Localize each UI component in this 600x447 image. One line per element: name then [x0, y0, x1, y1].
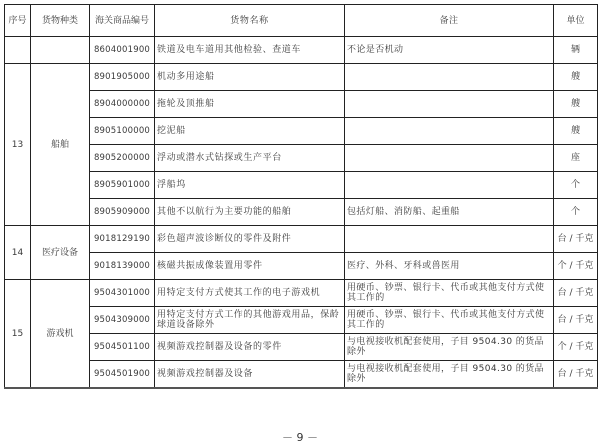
note-cell: [345, 226, 554, 253]
unit-cell: 艘: [554, 118, 598, 145]
name-cell: 彩色超声波诊断仪的零件及附件: [155, 226, 345, 253]
note-cell: 不论是否机动: [345, 37, 554, 64]
name-cell: 视频游戏控制器及设备的零件: [155, 334, 345, 361]
category-cell: [31, 37, 90, 64]
unit-cell: 台 / 千克: [554, 226, 598, 253]
table-row: 15 游戏机 9504301000 用特定支付方式使其工作的电子游戏机 用硬币、…: [5, 280, 598, 307]
code-cell: 9018129190: [90, 226, 155, 253]
name-cell: 核磁共振成像装置用零件: [155, 253, 345, 280]
header-name: 货物名称: [155, 5, 345, 37]
code-cell: 8905901000: [90, 172, 155, 199]
note-cell: [345, 172, 554, 199]
table-row: 8905200000 浮动或潜水式钻探或生产平台 座: [5, 145, 598, 172]
note-cell: [345, 118, 554, 145]
name-cell: 浮船坞: [155, 172, 345, 199]
table-row: 13 船舶 8901905000 机动多用途船 艘: [5, 64, 598, 91]
code-cell: 9504309000: [90, 307, 155, 334]
unit-cell: 个: [554, 199, 598, 226]
unit-cell: 艘: [554, 91, 598, 118]
table-row: 14 医疗设备 9018129190 彩色超声波诊断仪的零件及附件 台 / 千克: [5, 226, 598, 253]
note-cell: 医疗、外科、牙科或兽医用: [345, 253, 554, 280]
name-cell: 视频游戏控制器及设备: [155, 361, 345, 389]
name-cell: 其他不以航行为主要功能的船舶: [155, 199, 345, 226]
code-cell: 9504501100: [90, 334, 155, 361]
code-cell: 8904000000: [90, 91, 155, 118]
category-cell: 游戏机: [31, 280, 90, 389]
seq-cell: 13: [5, 64, 31, 226]
table-row: 8905909000 其他不以航行为主要功能的船舶 包括灯船、消防船、起重船 个: [5, 199, 598, 226]
note-cell: 用硬币、钞票、银行卡、代币或其他支付方式使其工作的: [345, 307, 554, 334]
table-row: 8904000000 拖轮及顶推船 艘: [5, 91, 598, 118]
unit-cell: 个: [554, 172, 598, 199]
table-row: 9504309000 用特定支付方式工作的其他游戏用品，保龄球道设备除外 用硬币…: [5, 307, 598, 334]
name-cell: 用特定支付方式使其工作的电子游戏机: [155, 280, 345, 307]
code-cell: 8901905000: [90, 64, 155, 91]
name-cell: 用特定支付方式工作的其他游戏用品，保龄球道设备除外: [155, 307, 345, 334]
table-row: 8905100000 挖泥船 艘: [5, 118, 598, 145]
table-row: 9504501100 视频游戏控制器及设备的零件 与电视接收机配套使用，子目 9…: [5, 334, 598, 361]
note-cell: 与电视接收机配套使用，子目 9504.30 的货品除外: [345, 334, 554, 361]
table-row: 9504501900 视频游戏控制器及设备 与电视接收机配套使用，子目 9504…: [5, 361, 598, 389]
page-number: － 9 －: [0, 429, 600, 445]
unit-cell: 艘: [554, 64, 598, 91]
code-cell: 9504501900: [90, 361, 155, 389]
note-cell: 与电视接收机配套使用，子目 9504.30 的货品除外: [345, 361, 554, 389]
note-cell: [345, 91, 554, 118]
seq-cell: 15: [5, 280, 31, 389]
note-cell: [345, 64, 554, 91]
header-code: 海关商品编号: [90, 5, 155, 37]
name-cell: 拖轮及顶推船: [155, 91, 345, 118]
code-cell: 8905100000: [90, 118, 155, 145]
name-cell: 挖泥船: [155, 118, 345, 145]
code-cell: 8905200000: [90, 145, 155, 172]
header-note: 备注: [345, 5, 554, 37]
header-seq: 序号: [5, 5, 31, 37]
unit-cell: 个 / 千克: [554, 334, 598, 361]
unit-cell: 辆: [554, 37, 598, 64]
code-cell: 9018139000: [90, 253, 155, 280]
code-cell: 8604001900: [90, 37, 155, 64]
code-cell: 8905909000: [90, 199, 155, 226]
unit-cell: 个 / 千克: [554, 253, 598, 280]
note-cell: [345, 145, 554, 172]
unit-cell: 座: [554, 145, 598, 172]
unit-cell: 台 / 千克: [554, 307, 598, 334]
name-cell: 浮动或潜水式钻探或生产平台: [155, 145, 345, 172]
header-unit: 单位: [554, 5, 598, 37]
unit-cell: 台 / 千克: [554, 361, 598, 389]
name-cell: 机动多用途船: [155, 64, 345, 91]
category-cell: 医疗设备: [31, 226, 90, 280]
note-cell: 用硬币、钞票、银行卡、代币或其他支付方式使其工作的: [345, 280, 554, 307]
goods-table: 序号 货物种类 海关商品编号 货物名称 备注 单位 8604001900 铁道及…: [4, 4, 598, 389]
seq-cell: [5, 37, 31, 64]
table-row: 8905901000 浮船坞 个: [5, 172, 598, 199]
table-row: 9018139000 核磁共振成像装置用零件 医疗、外科、牙科或兽医用 个 / …: [5, 253, 598, 280]
note-cell: 包括灯船、消防船、起重船: [345, 199, 554, 226]
table-header-row: 序号 货物种类 海关商品编号 货物名称 备注 单位: [5, 5, 598, 37]
name-cell: 铁道及电车道用其他检验、查道车: [155, 37, 345, 64]
header-category: 货物种类: [31, 5, 90, 37]
table-row: 8604001900 铁道及电车道用其他检验、查道车 不论是否机动 辆: [5, 37, 598, 64]
seq-cell: 14: [5, 226, 31, 280]
category-cell: 船舶: [31, 64, 90, 226]
code-cell: 9504301000: [90, 280, 155, 307]
unit-cell: 台 / 千克: [554, 280, 598, 307]
